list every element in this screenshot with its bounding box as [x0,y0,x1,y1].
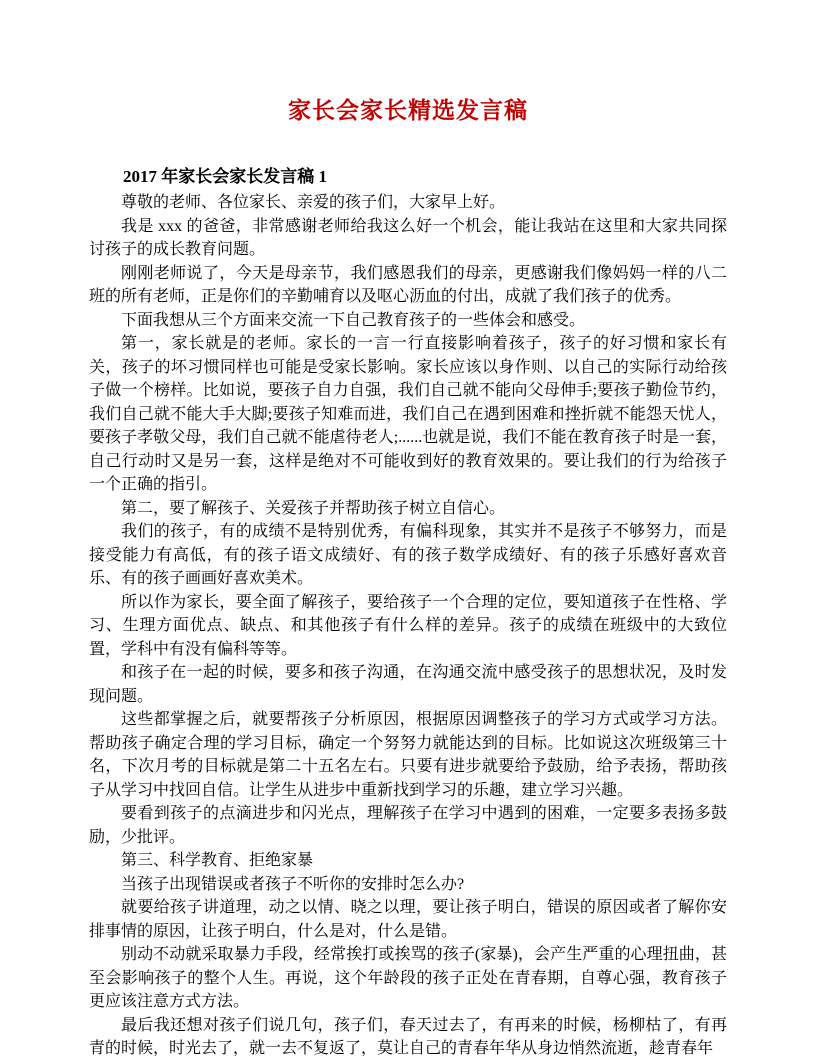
paragraph: 别动不动就采取暴力手段，经常挨打或挨骂的孩子(家暴)，会产生严重的心理扭曲，甚至… [89,943,727,1014]
paragraph: 下面我想从三个方面来交流一下自己教育孩子的一些体会和感受。 [89,309,727,333]
paragraph: 所以作为家长，要全面了解孩子，要给孩子一个合理的定位，要知道孩子在性格、学习、生… [89,591,727,662]
paragraph: 当孩子出现错误或者孩子不听你的安排时怎么办? [89,873,727,897]
paragraph: 要看到孩子的点滴进步和闪光点，理解孩子在学习中遇到的困难，一定要多表扬多鼓励，少… [89,802,727,849]
page-title: 家长会家长精选发言稿 [89,94,727,128]
document-body: 尊敬的老师、各位家长、亲爱的孩子们，大家早上好。我是 xxx 的爸爸，非常感谢老… [89,191,727,1056]
paragraph: 这些都掌握之后，就要帮孩子分析原因，根据原因调整孩子的学习方式或学习方法。帮助孩… [89,708,727,802]
paragraph: 我们的孩子，有的成绩不是特别优秀，有偏科现象，其实并不是孩子不够努力，而是接受能… [89,520,727,591]
paragraph: 尊敬的老师、各位家长、亲爱的孩子们，大家早上好。 [89,191,727,215]
document-page: 家长会家长精选发言稿 2017 年家长会家长发言稿 1 尊敬的老师、各位家长、亲… [0,0,816,1056]
paragraph: 刚刚老师说了，今天是母亲节，我们感恩我们的母亲，更感谢我们像妈妈一样的八二班的所… [89,262,727,309]
paragraph: 最后我还想对孩子们说几句，孩子们，春天过去了，有再来的时候，杨柳枯了，有再青的时… [89,1014,727,1056]
paragraph: 第二，要了解孩子、关爱孩子并帮助孩子树立自信心。 [89,497,727,521]
paragraph: 和孩子在一起的时候，要多和孩子沟通，在沟通交流中感受孩子的思想状况，及时发现问题… [89,661,727,708]
paragraph: 第三、科学教育、拒绝家暴 [89,849,727,873]
section-heading: 2017 年家长会家长发言稿 1 [89,165,727,189]
paragraph: 第一，家长就是的老师。家长的一言一行直接影响着孩子，孩子的好习惯和家长有关，孩子… [89,332,727,497]
page-content: 家长会家长精选发言稿 2017 年家长会家长发言稿 1 尊敬的老师、各位家长、亲… [0,0,816,1056]
paragraph: 就要给孩子讲道理，动之以情、晓之以理，要让孩子明白，错误的原因或者了解你安排事情… [89,896,727,943]
paragraph: 我是 xxx 的爸爸，非常感谢老师给我这么好一个机会，能让我站在这里和大家共同探… [89,215,727,262]
